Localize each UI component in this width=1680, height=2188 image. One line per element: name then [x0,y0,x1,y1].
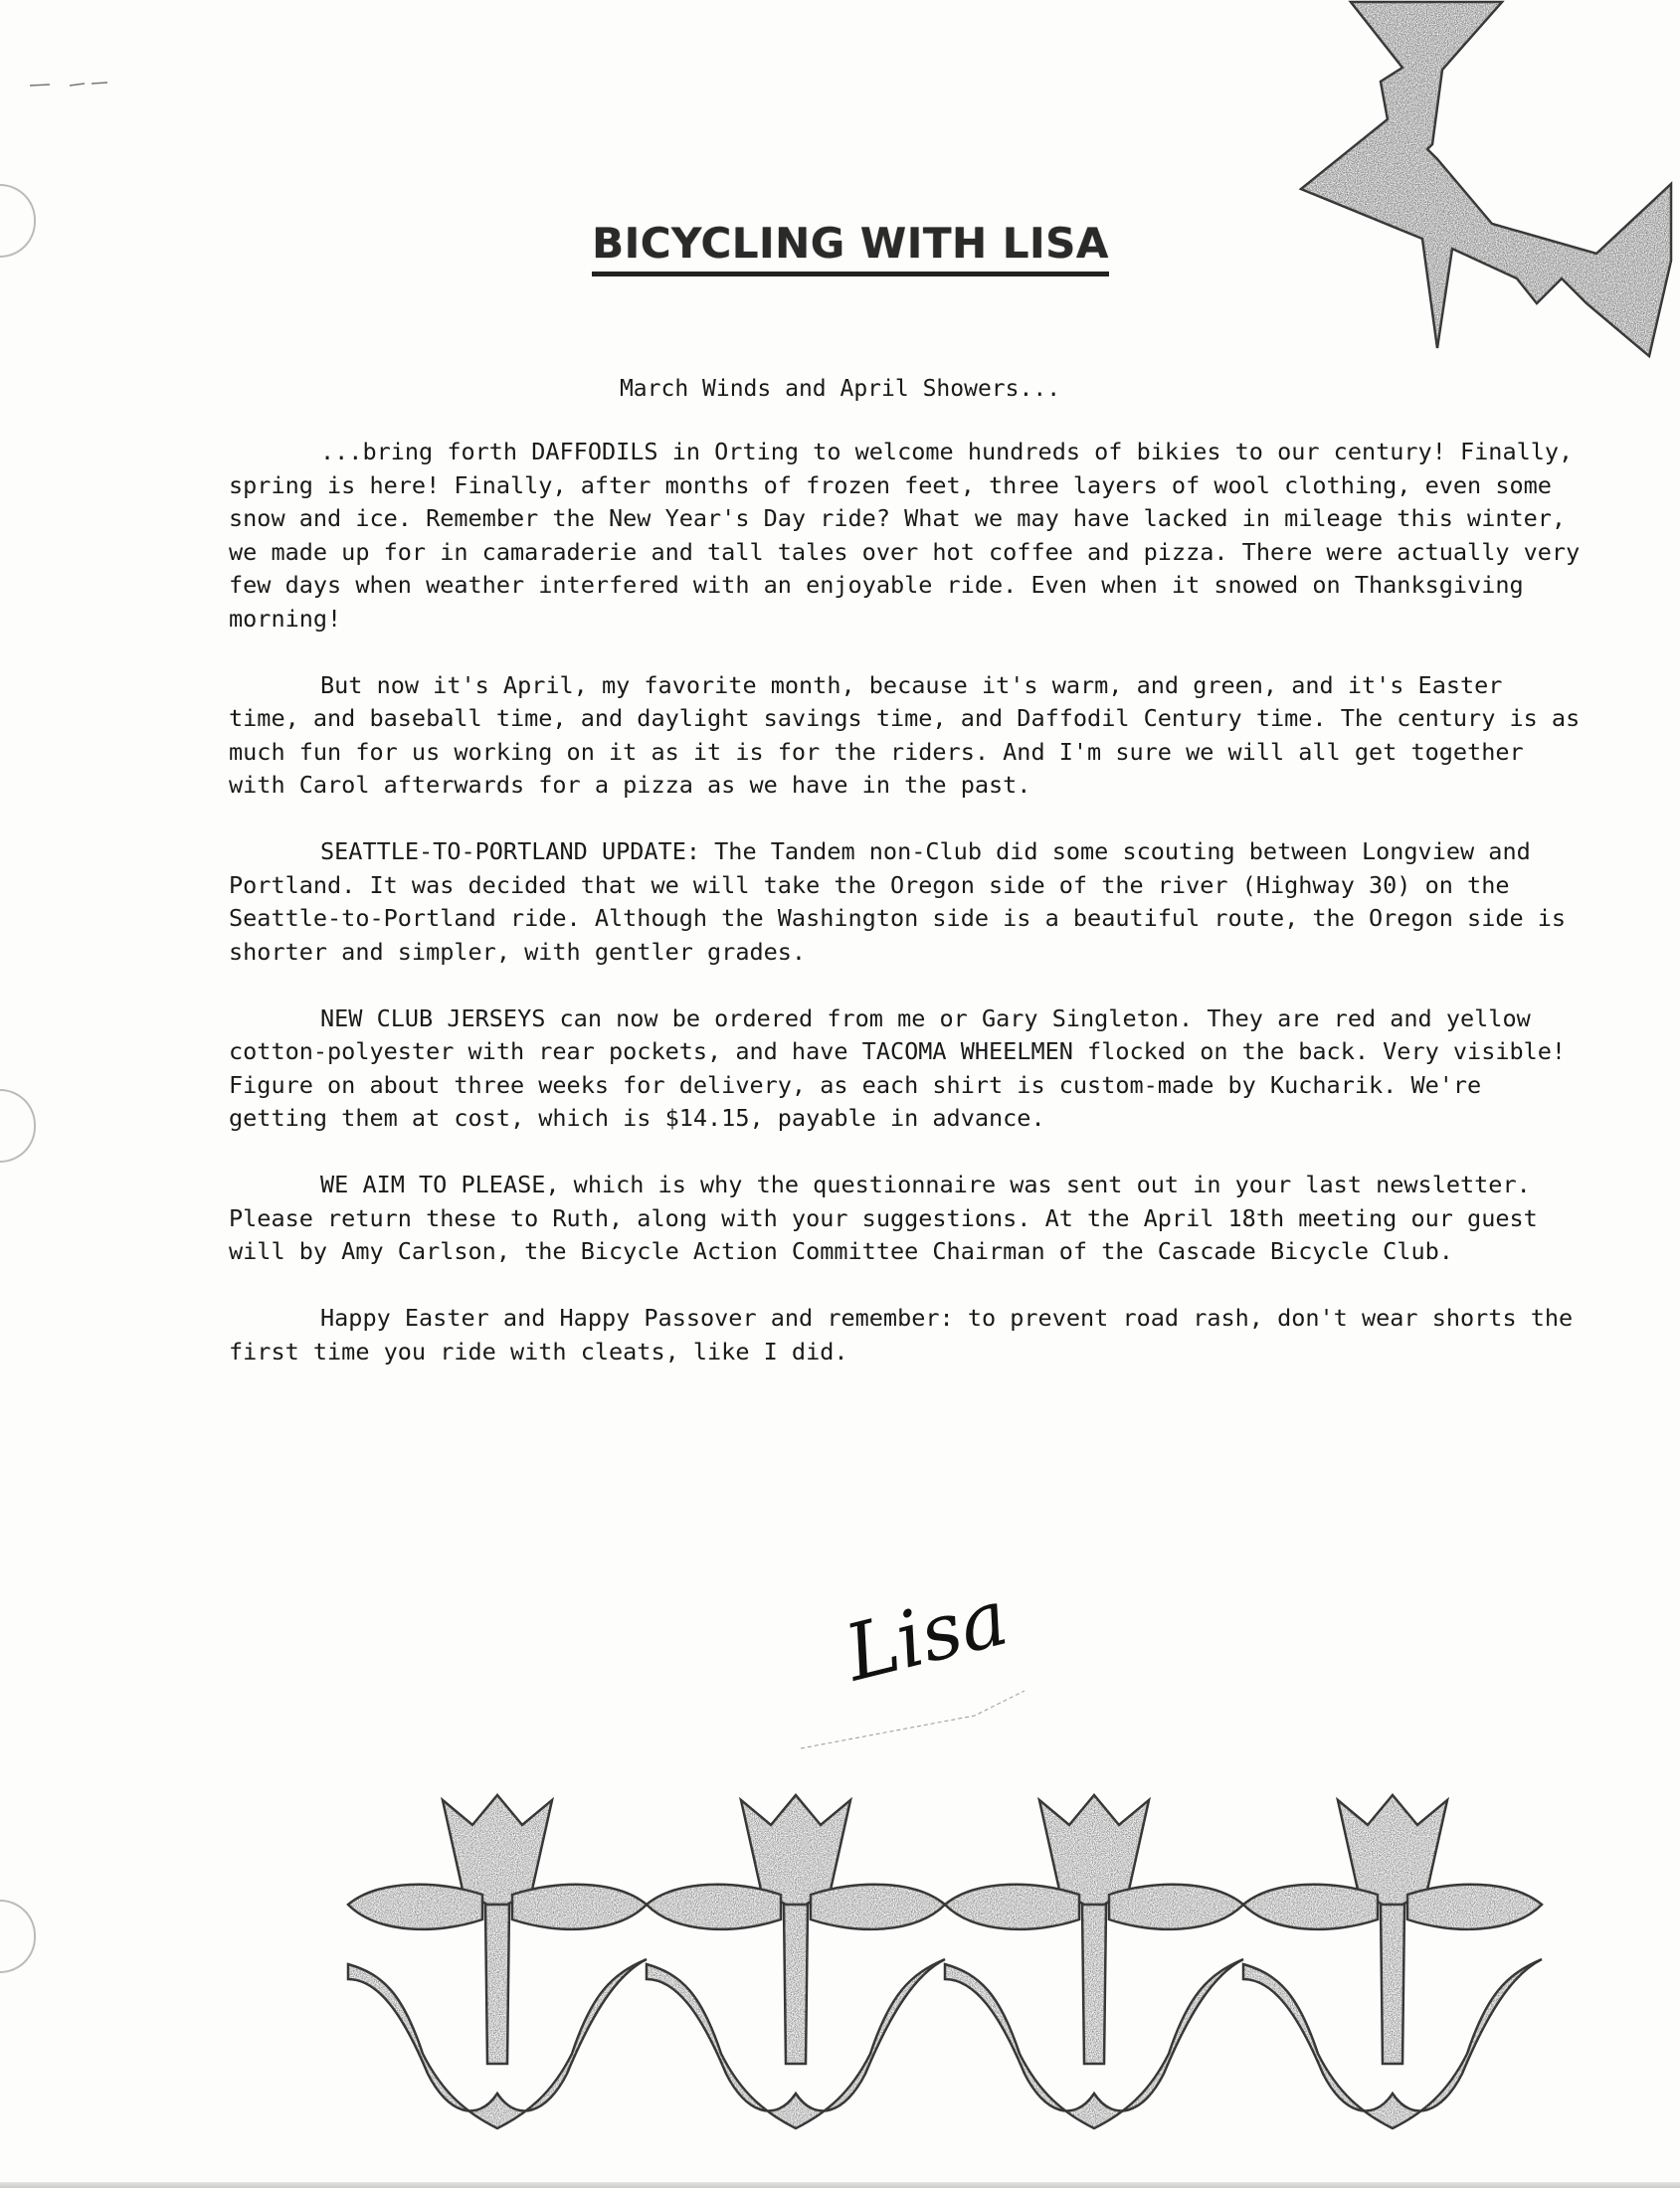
page-bottom-edge [0,2182,1680,2188]
paragraph-daffodils: ...bring forth DAFFODILS in Orting to we… [229,436,1582,636]
signature: Lisa [838,1573,1017,1700]
faint-fold-line [796,1691,1054,1750]
page-title: BICYCLING WITH LISA [592,219,1109,276]
paragraph-closing: Happy Easter and Happy Passover and reme… [229,1302,1582,1368]
tulip-border-icon [328,1785,1621,2143]
paragraph-april: But now it's April, my favorite month, b… [229,669,1582,803]
title-block: BICYCLING WITH LISA [554,219,1147,276]
subtitle: March Winds and April Showers... [0,376,1680,402]
paragraph-stp-update: SEATTLE-TO-PORTLAND UPDATE: The Tandem n… [229,835,1582,969]
punch-hole [0,1900,36,1973]
paragraph-club-jerseys: NEW CLUB JERSEYS can now be ordered from… [229,1003,1582,1136]
paper-cut-star-icon [1293,0,1680,358]
punch-hole [0,184,36,258]
stray-ink-mark [30,82,109,88]
paragraph-aim-to-please: WE AIM TO PLEASE, which is why the quest… [229,1169,1582,1269]
article-body: ...bring forth DAFFODILS in Orting to we… [229,436,1582,1402]
punch-hole [0,1089,36,1163]
newsletter-page: BICYCLING WITH LISA March Winds and Apri… [0,0,1680,2188]
